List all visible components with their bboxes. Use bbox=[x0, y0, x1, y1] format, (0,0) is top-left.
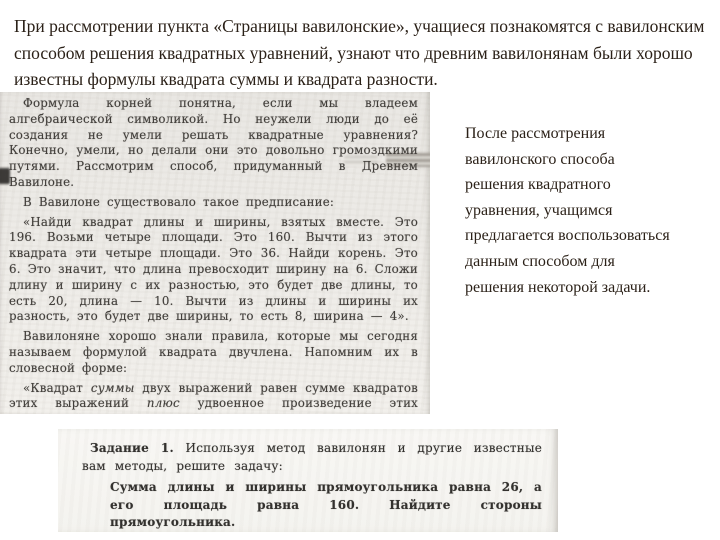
side-note-text: После рассмотрения вавилонского способа … bbox=[465, 121, 670, 300]
task-heading: Задание 1. Используя метод вавилонян и д… bbox=[82, 440, 542, 475]
text-segment: В Вавилоне существовало такое предписани… bbox=[23, 195, 334, 209]
book-excerpt-scan-image: Формула корней понятна, если мы владеем … bbox=[0, 92, 430, 414]
slide-title: При рассмотрении пункта «Страницы вавило… bbox=[14, 13, 709, 93]
book-excerpt-text: Формула корней понятна, если мы владеем … bbox=[9, 96, 418, 414]
text-segment: «Найди квадрат длины и ширины, взятых вм… bbox=[9, 215, 418, 324]
presentation-slide: При рассмотрении пункта «Страницы вавило… bbox=[0, 0, 720, 540]
text-segment: суммы bbox=[91, 381, 135, 395]
text-segment: Формула корней понятна, если мы владеем … bbox=[9, 96, 418, 189]
task-excerpt-text: Задание 1. Используя метод вавилонян и д… bbox=[82, 440, 542, 532]
text-segment: Сумма длины и ширины прямоугольника равн… bbox=[110, 480, 542, 529]
prescription-quote: «Найди квадрат длины и ширины, взятых вм… bbox=[9, 215, 418, 326]
text-segment: «Квадрат bbox=[23, 381, 91, 395]
text-segment: плюс bbox=[147, 396, 180, 410]
intro-paragraph: Формула корней понятна, если мы владеем … bbox=[9, 96, 418, 191]
prescription-lead: В Вавилоне существовало такое предписани… bbox=[9, 195, 418, 211]
square-of-sum-rule: «Квадрат суммы двух выражений равен сумм… bbox=[9, 381, 418, 414]
binomial-rules-lead: Вавилоняне хорошо знали правила, которые… bbox=[9, 329, 418, 376]
text-segment: Вавилоняне хорошо знали правила, которые… bbox=[9, 329, 418, 375]
task-excerpt-scan-image: Задание 1. Используя метод вавилонян и д… bbox=[58, 429, 558, 532]
task-statement: Сумма длины и ширины прямоугольника равн… bbox=[110, 479, 542, 532]
text-segment: Задание 1. bbox=[90, 441, 174, 455]
